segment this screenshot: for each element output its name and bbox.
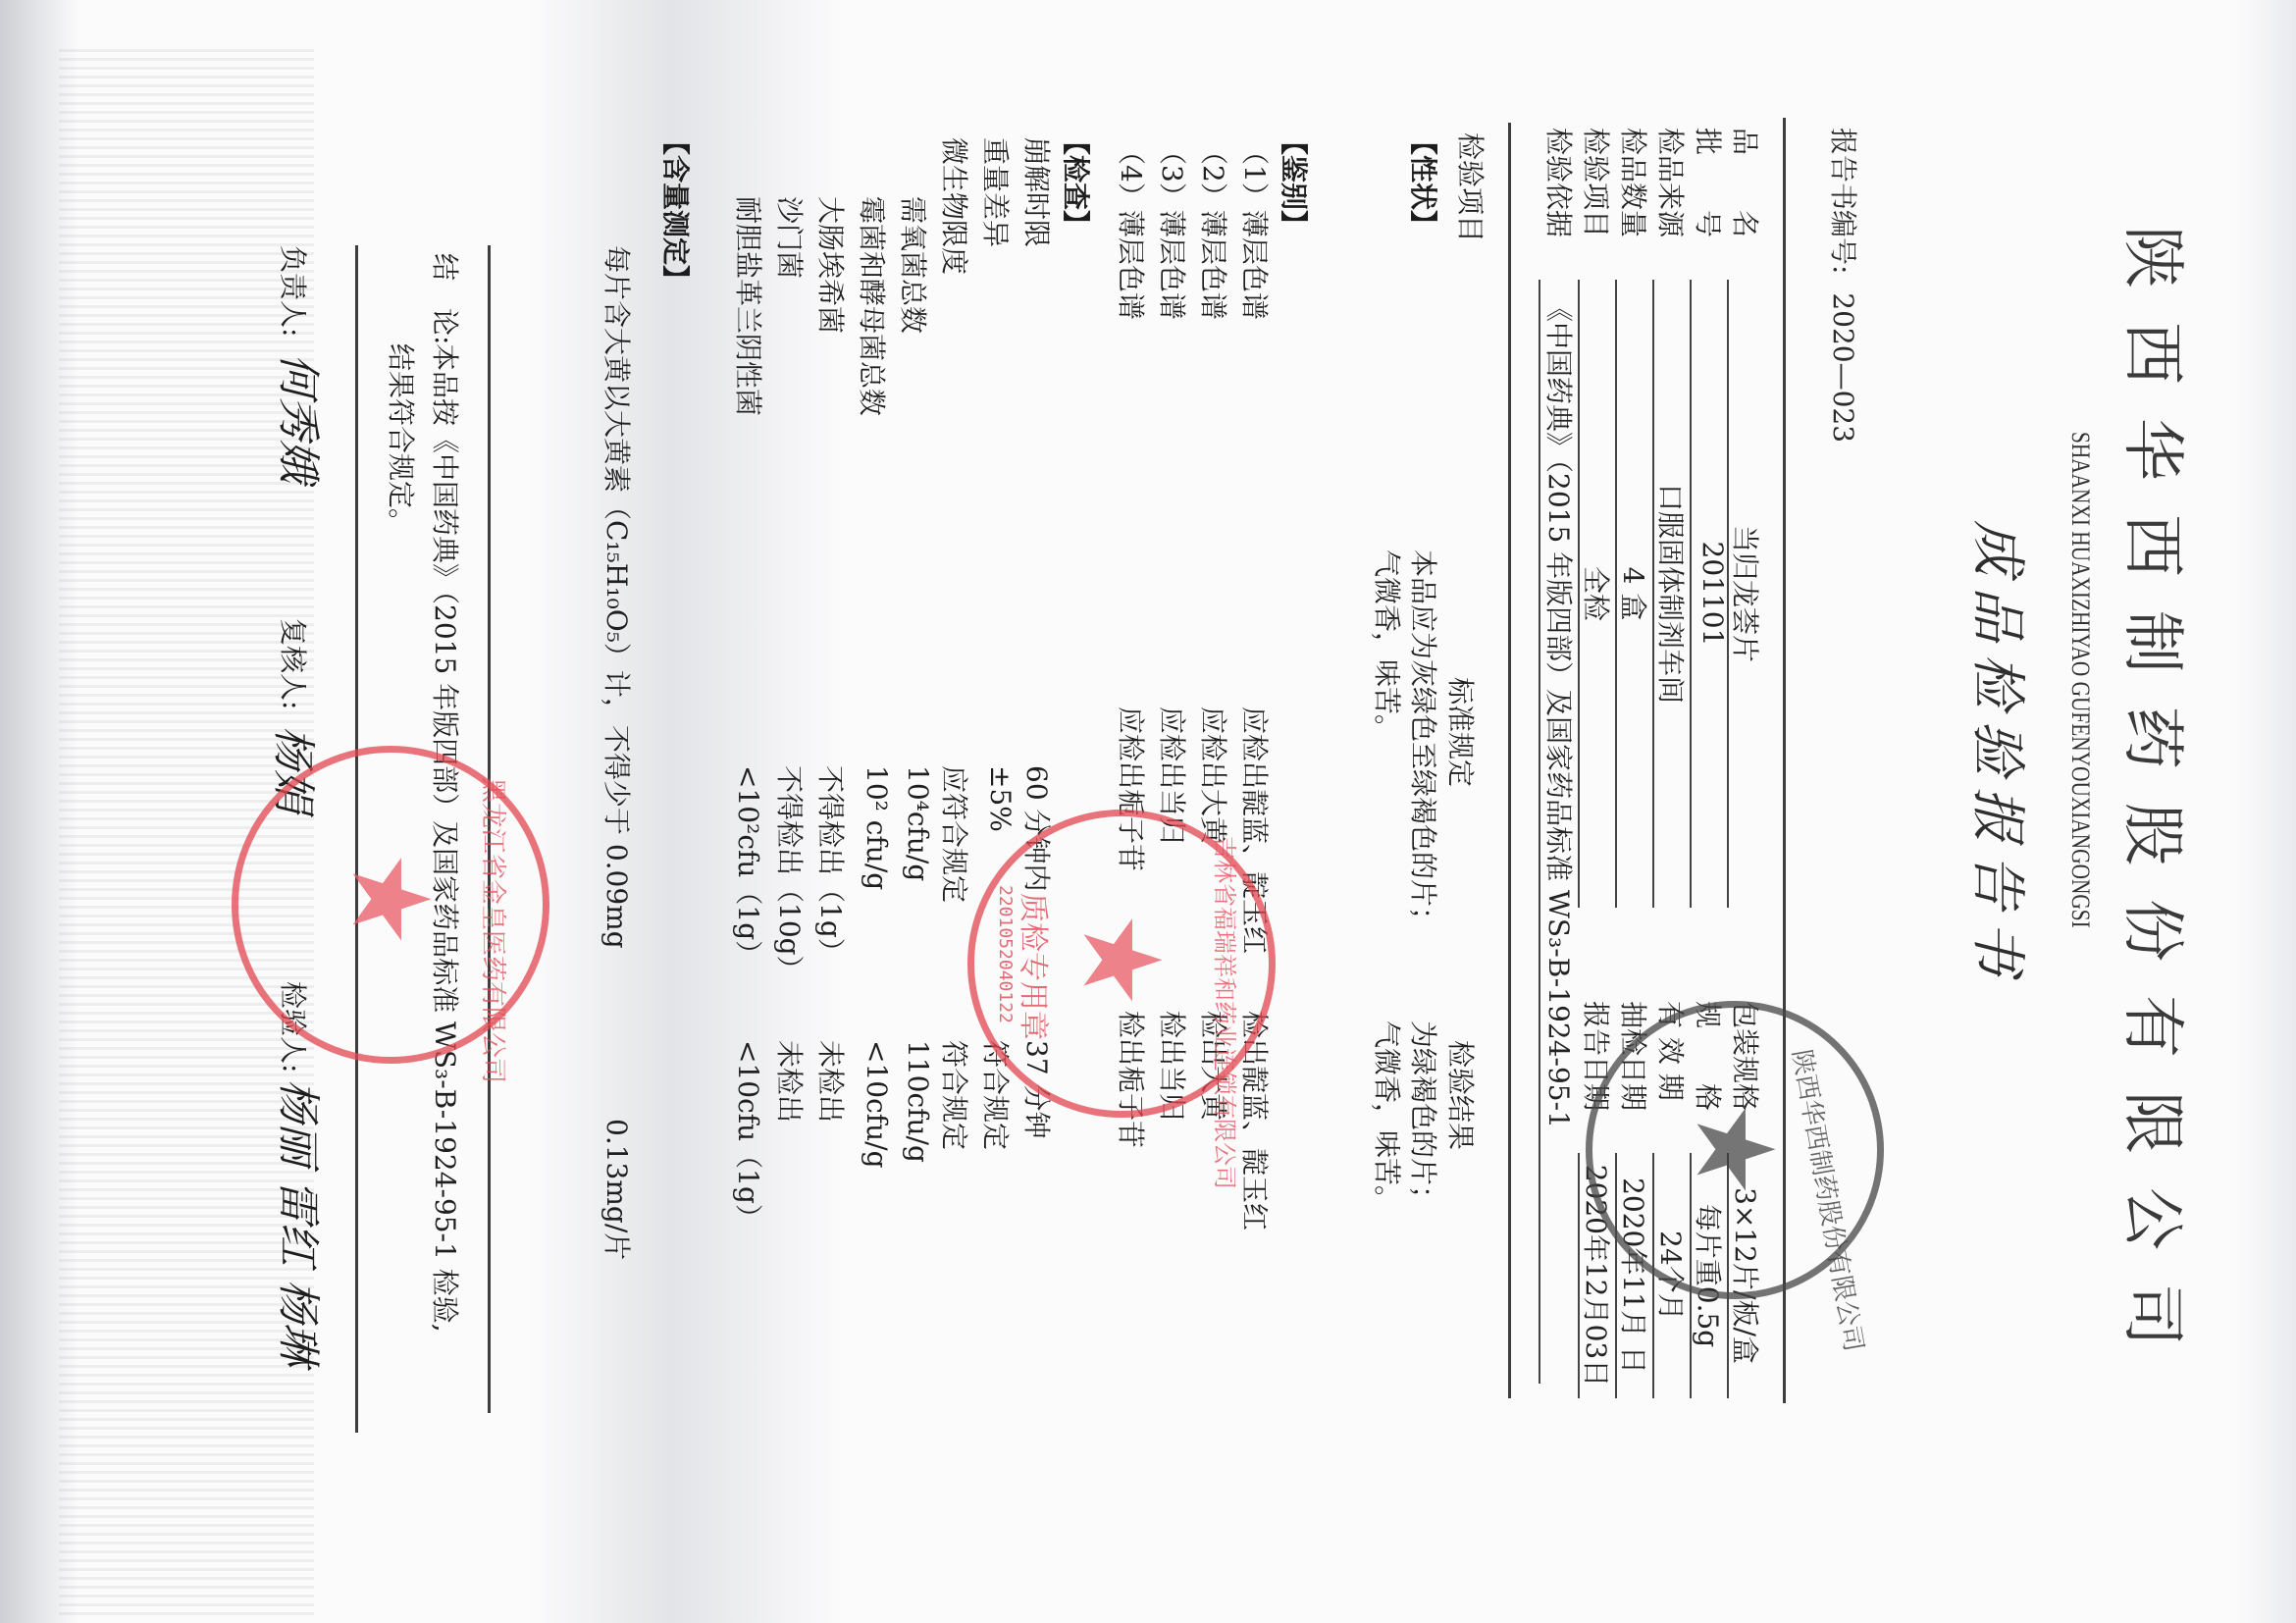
identification-standard: 应检出大黄 [1195,707,1234,844]
seal-star-icon: ★ [337,851,444,948]
company-seal-text: 陕西华西制药股份有限公司 [1785,1046,1874,1354]
header-rule-bottom [1508,123,1511,1398]
inspection-standard: 10² cfu/g [861,765,893,890]
info-left-label: 检品数量 [1615,128,1654,237]
info-left-value: 当归龙荟片 [1727,280,1766,908]
company-name-english: SHAANXI HUAXIZHIYAO GUFENYOUXIANGONGSI [2065,432,2095,928]
scan-shade-bottom [0,0,78,1623]
conclusion-line2: 结果符合规定。 [383,343,422,536]
inspection-item: 大肠埃希菌 [812,196,852,334]
inspection-item: 崩解时限 [1018,137,1058,247]
seal-star-icon: ★ [1068,912,1175,1009]
inspection-result: <10cfu（1g） [730,1040,769,1231]
inspection-result: 符合规定 [936,1040,975,1150]
buyer-seal-text: 吉林省福瑞祥和药业连锁有限公司 [1210,836,1244,1189]
assay-result: 0.13mg/片 [599,1119,638,1260]
inspection-report-page: 陕西华西制药股份有限公司 SHAANXI HUAXIZHIYAO GUFENYO… [0,0,2296,1623]
inspection-item: 沙门菌 [771,196,810,279]
inspection-standard: ±5% [984,765,1017,832]
info-left-value: 全检 [1578,280,1617,908]
identification-item: （4）薄层色谱 [1113,137,1152,320]
scan-shade-top [2237,0,2296,1623]
column-header-standard: 标准规定 [1442,677,1482,787]
seal-star-icon: ★ [1681,1101,1789,1198]
inspection-standard: 不得检出（1g） [812,765,852,966]
identification-item: （3）薄层色谱 [1154,137,1193,320]
assay-standard: 每片含大黄以大黄素（C₁₅H₁₀O₅）计，不得少于 0.09mg [599,245,638,949]
report-number-label: 报告书编号: [1827,128,1859,274]
buyer-seal-subtitle: 质检专用章 [1015,893,1058,1040]
info-left-value: 口服固体制剂车间 [1652,280,1692,908]
section-inspection-heading: 【检查】 [1058,128,1097,237]
inspection-item: 需氧菌总数 [895,196,934,334]
inspection-item: 微生物限度 [936,137,975,275]
inspection-result: 110cfu/g [902,1040,934,1163]
column-header-result: 检验结果 [1442,1040,1482,1150]
appearance-result-line1: 为绿褐色的片； [1405,1021,1444,1213]
inspection-standard: 不得检出（10g） [771,765,810,983]
reviewer-label: 复核人: [275,618,314,709]
info-left-value: 4 盒 [1615,280,1654,908]
report-title: 成品检验报告书 [1962,520,2041,987]
inspection-result: <10cfu/g [861,1040,893,1169]
inspection-item: 耐胆盐革兰阴性菌 [730,196,769,416]
inspection-result: 未检出 [771,1040,810,1123]
basis-underline [1539,280,1540,1384]
responsible-label: 负责人: [275,245,314,337]
conclusion-label: 结 论: [427,253,466,344]
inspection-item: 重量差异 [977,137,1017,247]
identification-item: （1）薄层色谱 [1236,137,1276,320]
column-header-item: 检验项目 [1452,132,1491,242]
inspector-signature: 杨丽 雷红 杨琳 [271,1079,334,1366]
basis-value: 《中国药典》（2015 年版四部）及国家药品标准 WS₃-B-1924-95-1 [1540,294,1580,1128]
identification-item: （2）薄层色谱 [1195,137,1234,320]
info-left-label: 品 名 [1727,128,1766,237]
inspection-standard: 10⁴cfu/g [902,765,934,881]
section-appearance-heading: 【性状】 [1405,128,1444,237]
section-assay-heading: 【含量测定】 [657,128,697,292]
distributor-seal-text: 黑龙江省金皇医药有限公司 [477,777,513,1083]
info-left-label: 批 号 [1690,128,1729,237]
info-left-label: 检验项目 [1578,128,1617,237]
inspection-standard: 应符合规定 [936,765,975,903]
company-seal: ★ 陕西华西制药股份有限公司 [1586,1001,1884,1299]
info-left-value: 201101 [1696,280,1729,908]
company-name: 陕西华西制药股份有限公司 [2113,226,2203,1380]
basis-label: 检验依据 [1540,128,1580,237]
appearance-standard-line2: 气微香，味苦。 [1369,550,1408,742]
inspection-standard: <10²cfu（1g） [730,765,769,968]
appearance-result-line2: 气微香，味苦。 [1369,1021,1408,1213]
distributor-seal: ★ 黑龙江省金皇医药有限公司 [232,746,549,1064]
buyer-seal-number: 2201052040122 [995,885,1016,1023]
info-right-underline [1578,1153,1580,1398]
responsible-signature: 何秀娥 [271,353,334,483]
inspection-result: 未检出 [812,1040,852,1123]
section-identification-heading: 【鉴别】 [1276,128,1315,237]
report-number: 报告书编号: 2020—023 [1825,128,1864,443]
appearance-standard-line1: 本品应为灰绿色至绿褐色的片； [1405,550,1444,934]
info-left-label: 检品来源 [1652,128,1692,237]
inspection-item: 霉菌和酵母菌总数 [854,196,893,416]
buyer-quality-seal: ★ 吉林省福瑞祥和药业连锁有限公司 质检专用章 2201052040122 [967,810,1276,1118]
report-number-value: 2020—023 [1827,292,1859,443]
